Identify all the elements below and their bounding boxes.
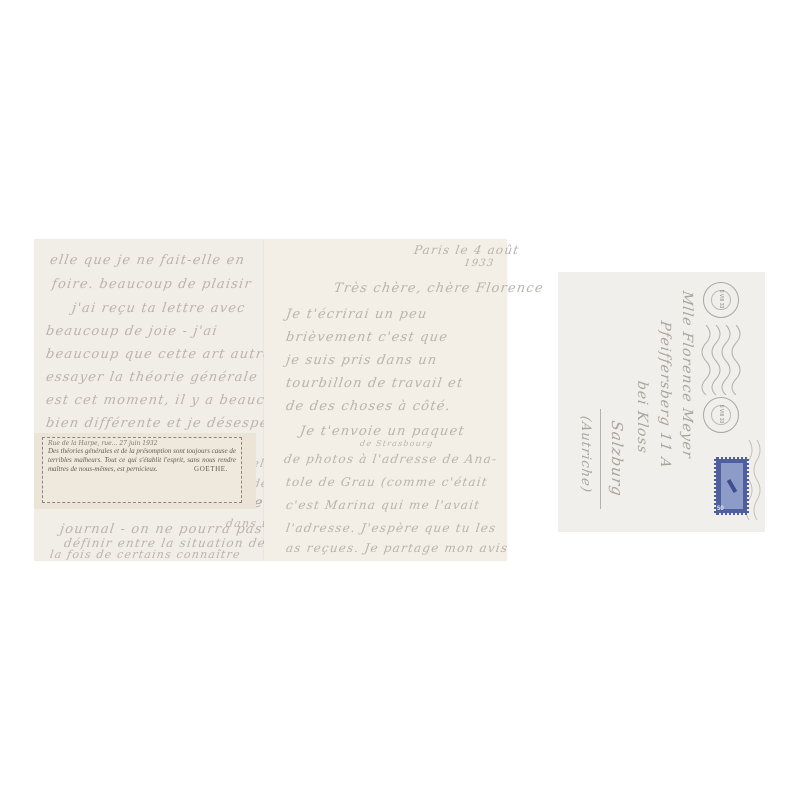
handwritten-line: j'ai reçu ta lettre avec [71, 301, 247, 316]
handwritten-line: l'adresse. J'espère que tu les [285, 521, 497, 535]
handwritten-line: Je t'envoie un paquet [299, 424, 466, 439]
handwritten-line: journal - on ne pourra pas [59, 522, 264, 537]
wavy-cancellation-lines [700, 325, 752, 395]
airmail-postage-stamp: 50 [714, 457, 749, 515]
handwritten-line: de des choses à côté. [285, 399, 452, 414]
handwritten-line: Je t'écrirai un peu [285, 307, 429, 322]
address-line: Mlle Florence Meyer [679, 290, 695, 460]
address-line: (Autriche) [578, 415, 593, 494]
postmark-circle: 5 VIII 33 [703, 397, 739, 433]
pasted-newspaper-clipping: Rue de la Harpe, rue... 27 juin 1932 Des… [34, 433, 256, 509]
letter-year: 1933 [463, 258, 495, 269]
handwritten-line: beaucoup que cette art autre [45, 347, 273, 362]
handwritten-line: est cet moment, il y a beaucoup [45, 393, 294, 408]
handwritten-line: c'est Marina qui me l'avait [285, 498, 481, 512]
handwritten-line: elle que je ne fait-elle en [49, 253, 246, 268]
handwritten-line: essayer la théorie générale [45, 370, 259, 385]
letter-page-right: Paris le 4 août 1933 Très chère, chère F… [264, 239, 507, 561]
address-line: bei Kloss [634, 380, 650, 455]
address-line: Pfeiffersberg 11 A [657, 320, 673, 470]
interlinear-insertion: de Strasbourg [359, 439, 434, 448]
handwritten-line: bien différente et je désespère [45, 416, 286, 431]
stamp-value: 50 [717, 506, 724, 512]
handwritten-line: je suis pris dans un [285, 353, 438, 368]
handwritten-line: beaucoup de joie - j'ai [45, 324, 219, 339]
handwritten-line: de photos à l'adresse de Ana- [283, 452, 498, 466]
handwritten-line: brièvement c'est que [285, 330, 449, 345]
letter-page-left: elle que je ne fait-elle en foire. beauc… [34, 239, 264, 561]
handwritten-letter: elle que je ne fait-elle en foire. beauc… [34, 239, 507, 561]
handwritten-line: tourbillon de travail et [285, 376, 464, 391]
clipping-border: Rue de la Harpe, rue... 27 juin 1932 Des… [42, 437, 242, 503]
clipping-handwritten-note: Rue de la Harpe, rue... 27 juin 1932 [48, 440, 236, 447]
handwritten-line: la fois de certains connaître [49, 548, 241, 561]
postmark-circle: 5 VIII 33 [703, 282, 739, 318]
address-line: Salzburg [608, 419, 626, 497]
postmark-date: 5 VIII 33 [718, 400, 724, 428]
address-underline [600, 409, 601, 509]
handwritten-line: foire. beaucoup de plaisir [51, 277, 253, 292]
handwritten-line: as reçues. Je partage mon avis [285, 541, 509, 555]
salutation: Très chère, chère Florence [333, 281, 545, 296]
letter-dateline: Paris le 4 août [413, 243, 520, 257]
postmark-date: 5 VIII 33 [718, 285, 724, 313]
handwritten-line: tole de Grau (comme c'était [285, 475, 489, 489]
